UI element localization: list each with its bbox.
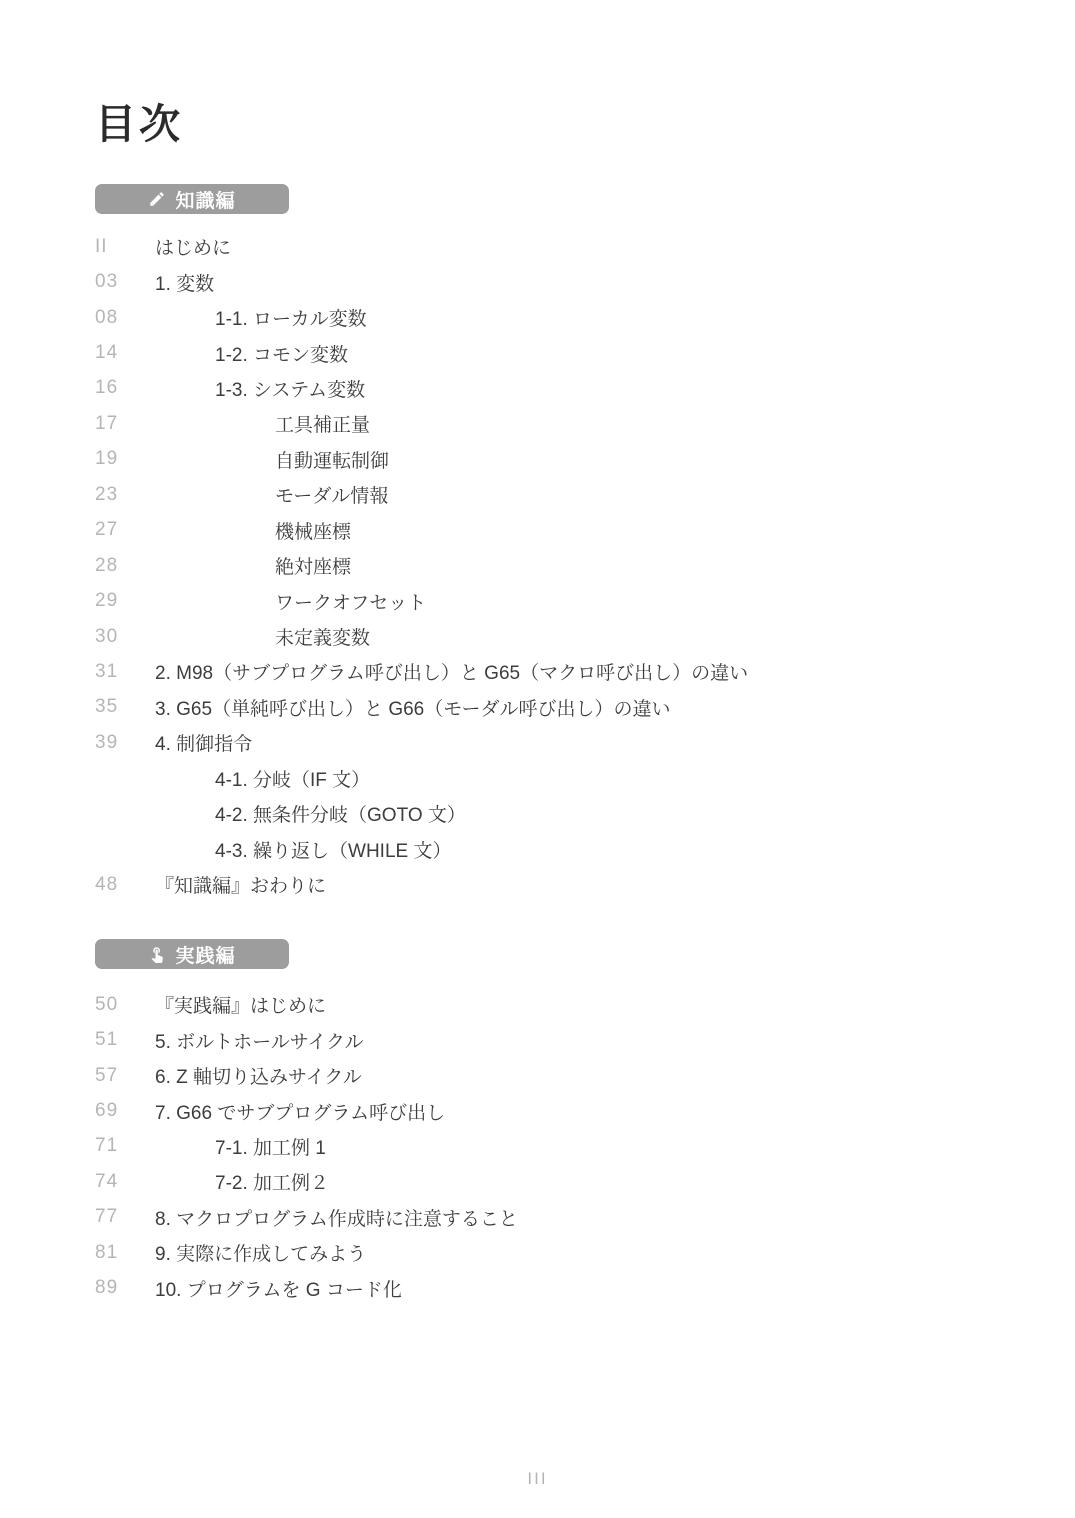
toc-entry-page-number: 77 <box>95 1206 155 1228</box>
toc-entry: 50 『実践編』はじめに <box>95 987 518 1022</box>
toc-entry-page-number: 31 <box>95 661 155 683</box>
toc-entry-label: 7-2. 加工例２ <box>215 1168 329 1195</box>
toc-entry-page-number: 48 <box>95 874 155 896</box>
toc-entry: 14 1-2. コモン変数 <box>95 335 748 370</box>
toc-entry: 19 自動運転制御 <box>95 442 748 477</box>
toc-entry-page-number: II <box>95 236 155 258</box>
toc-entry-label: 7-1. 加工例 1 <box>215 1133 326 1160</box>
toc-entry-label: 4-1. 分岐（IF 文） <box>215 765 370 792</box>
toc-entry-page-number: 19 <box>95 448 155 470</box>
toc-entry-page-number: 16 <box>95 377 155 399</box>
toc-entry-page-number: 29 <box>95 590 155 612</box>
toc-entry: 39 4. 制御指令 <box>95 725 748 760</box>
toc-entry-label: 4. 制御指令 <box>155 729 252 756</box>
toc-entry-label: 5. ボルトホールサイクル <box>155 1027 363 1054</box>
toc-entry-page-number: 69 <box>95 1100 155 1122</box>
toc-entry: 48 『知識編』おわりに <box>95 867 748 902</box>
toc-entry-label: 工具補正量 <box>275 410 370 437</box>
toc-entry-page-number: 30 <box>95 626 155 648</box>
pencil-icon <box>148 190 166 208</box>
toc-entry-page-number: 17 <box>95 413 155 435</box>
toc-entry-page-number: 50 <box>95 994 155 1016</box>
toc-entry: 29 ワークオフセット <box>95 583 748 618</box>
toc-entry-label: 7. G66 でサブプログラム呼び出し <box>155 1098 445 1125</box>
toc-entry: 81 9. 実際に作成してみよう <box>95 1235 518 1270</box>
toc-entry: 35 3. G65（単純呼び出し）と G66（モーダル呼び出し）の違い <box>95 690 748 725</box>
toc-entry-label: モーダル情報 <box>275 481 388 508</box>
toc-entry: 23 モーダル情報 <box>95 477 748 512</box>
toc-entry-label: 3. G65（単純呼び出し）と G66（モーダル呼び出し）の違い <box>155 694 670 721</box>
toc-entry-page-number: 35 <box>95 696 155 718</box>
toc-entry-label: 未定義変数 <box>275 623 370 650</box>
toc-entry: 30 未定義変数 <box>95 619 748 654</box>
section-badge-label: 実践編 <box>175 941 235 968</box>
toc-entry-page-number: 57 <box>95 1065 155 1087</box>
toc-entry-label: 『知識編』おわりに <box>155 871 326 898</box>
toc-entry: 03 1. 変数 <box>95 264 748 299</box>
toc-entry-label: ワークオフセット <box>275 588 426 615</box>
toc-entry: 4-1. 分岐（IF 文） <box>95 761 748 796</box>
toc-list-knowledge: II はじめに 03 1. 変数 08 1-1. ローカル変数 14 1-2. … <box>95 229 748 902</box>
toc-entry: 57 6. Z 軸切り込みサイクル <box>95 1058 518 1093</box>
page-title: 目次 <box>95 100 183 149</box>
toc-entry: 69 7. G66 でサブプログラム呼び出し <box>95 1093 518 1128</box>
toc-entry-label: 『実践編』はじめに <box>155 991 326 1018</box>
toc-entry: 71 7-1. 加工例 1 <box>95 1129 518 1164</box>
toc-entry: II はじめに <box>95 229 748 264</box>
toc-entry: 51 5. ボルトホールサイクル <box>95 1022 518 1057</box>
toc-entry-label: 1-2. コモン変数 <box>215 340 348 367</box>
toc-entry-page-number: 14 <box>95 342 155 364</box>
toc-list-practice: 50 『実践編』はじめに 51 5. ボルトホールサイクル 57 6. Z 軸切… <box>95 987 518 1306</box>
section-badge-knowledge: 知識編 <box>95 184 289 214</box>
toc-entry: 17 工具補正量 <box>95 406 748 441</box>
toc-entry-label: 8. マクロプログラム作成時に注意すること <box>155 1204 518 1231</box>
toc-entry-label: 絶対座標 <box>275 552 351 579</box>
toc-entry-label: 1-3. システム変数 <box>215 375 365 402</box>
toc-entry-label: 1. 変数 <box>155 269 214 296</box>
toc-entry-page-number: 81 <box>95 1242 155 1264</box>
toc-entry-page-number: 51 <box>95 1029 155 1051</box>
toc-entry-page-number: 23 <box>95 484 155 506</box>
section-badge-practice: 実践編 <box>95 939 289 969</box>
toc-entry-page-number: 03 <box>95 271 155 293</box>
toc-entry-label: はじめに <box>155 233 231 260</box>
toc-entry: 74 7-2. 加工例２ <box>95 1164 518 1199</box>
toc-entry: 31 2. M98（サブプログラム呼び出し）と G65（マクロ呼び出し）の違い <box>95 654 748 689</box>
toc-entry-label: 1-1. ローカル変数 <box>215 304 367 331</box>
touch-icon <box>148 945 166 963</box>
toc-entry: 28 絶対座標 <box>95 548 748 583</box>
toc-entry: 27 機械座標 <box>95 513 748 548</box>
toc-entry: 16 1-3. システム変数 <box>95 371 748 406</box>
footer-page-number: III <box>0 1469 1075 1489</box>
toc-entry-label: 4-2. 無条件分岐（GOTO 文） <box>215 800 466 827</box>
toc-entry-label: 2. M98（サブプログラム呼び出し）と G65（マクロ呼び出し）の違い <box>155 658 748 685</box>
toc-entry-page-number: 28 <box>95 555 155 577</box>
toc-entry: 89 10. プログラムを G コード化 <box>95 1271 518 1306</box>
toc-entry-label: 自動運転制御 <box>275 446 389 473</box>
toc-entry-label: 10. プログラムを G コード化 <box>155 1275 402 1302</box>
toc-entry-page-number: 08 <box>95 307 155 329</box>
toc-entry-label: 機械座標 <box>275 517 351 544</box>
toc-entry-page-number: 71 <box>95 1135 155 1157</box>
section-badge-label: 知識編 <box>175 186 235 213</box>
toc-entry: 77 8. マクロプログラム作成時に注意すること <box>95 1200 518 1235</box>
toc-entry-page-number: 74 <box>95 1171 155 1193</box>
toc-entry-page-number: 39 <box>95 732 155 754</box>
toc-entry: 4-2. 無条件分岐（GOTO 文） <box>95 796 748 831</box>
toc-page: 目次 知識編 II はじめに 03 1. 変数 08 1-1. ローカル変数 1… <box>0 0 1075 1518</box>
toc-entry-label: 6. Z 軸切り込みサイクル <box>155 1062 362 1089</box>
toc-entry: 4-3. 繰り返し（WHILE 文） <box>95 831 748 866</box>
toc-entry-label: 9. 実際に作成してみよう <box>155 1239 366 1266</box>
toc-entry-page-number: 89 <box>95 1277 155 1299</box>
toc-entry-page-number: 27 <box>95 519 155 541</box>
toc-entry-label: 4-3. 繰り返し（WHILE 文） <box>215 836 451 863</box>
toc-entry: 08 1-1. ローカル変数 <box>95 300 748 335</box>
